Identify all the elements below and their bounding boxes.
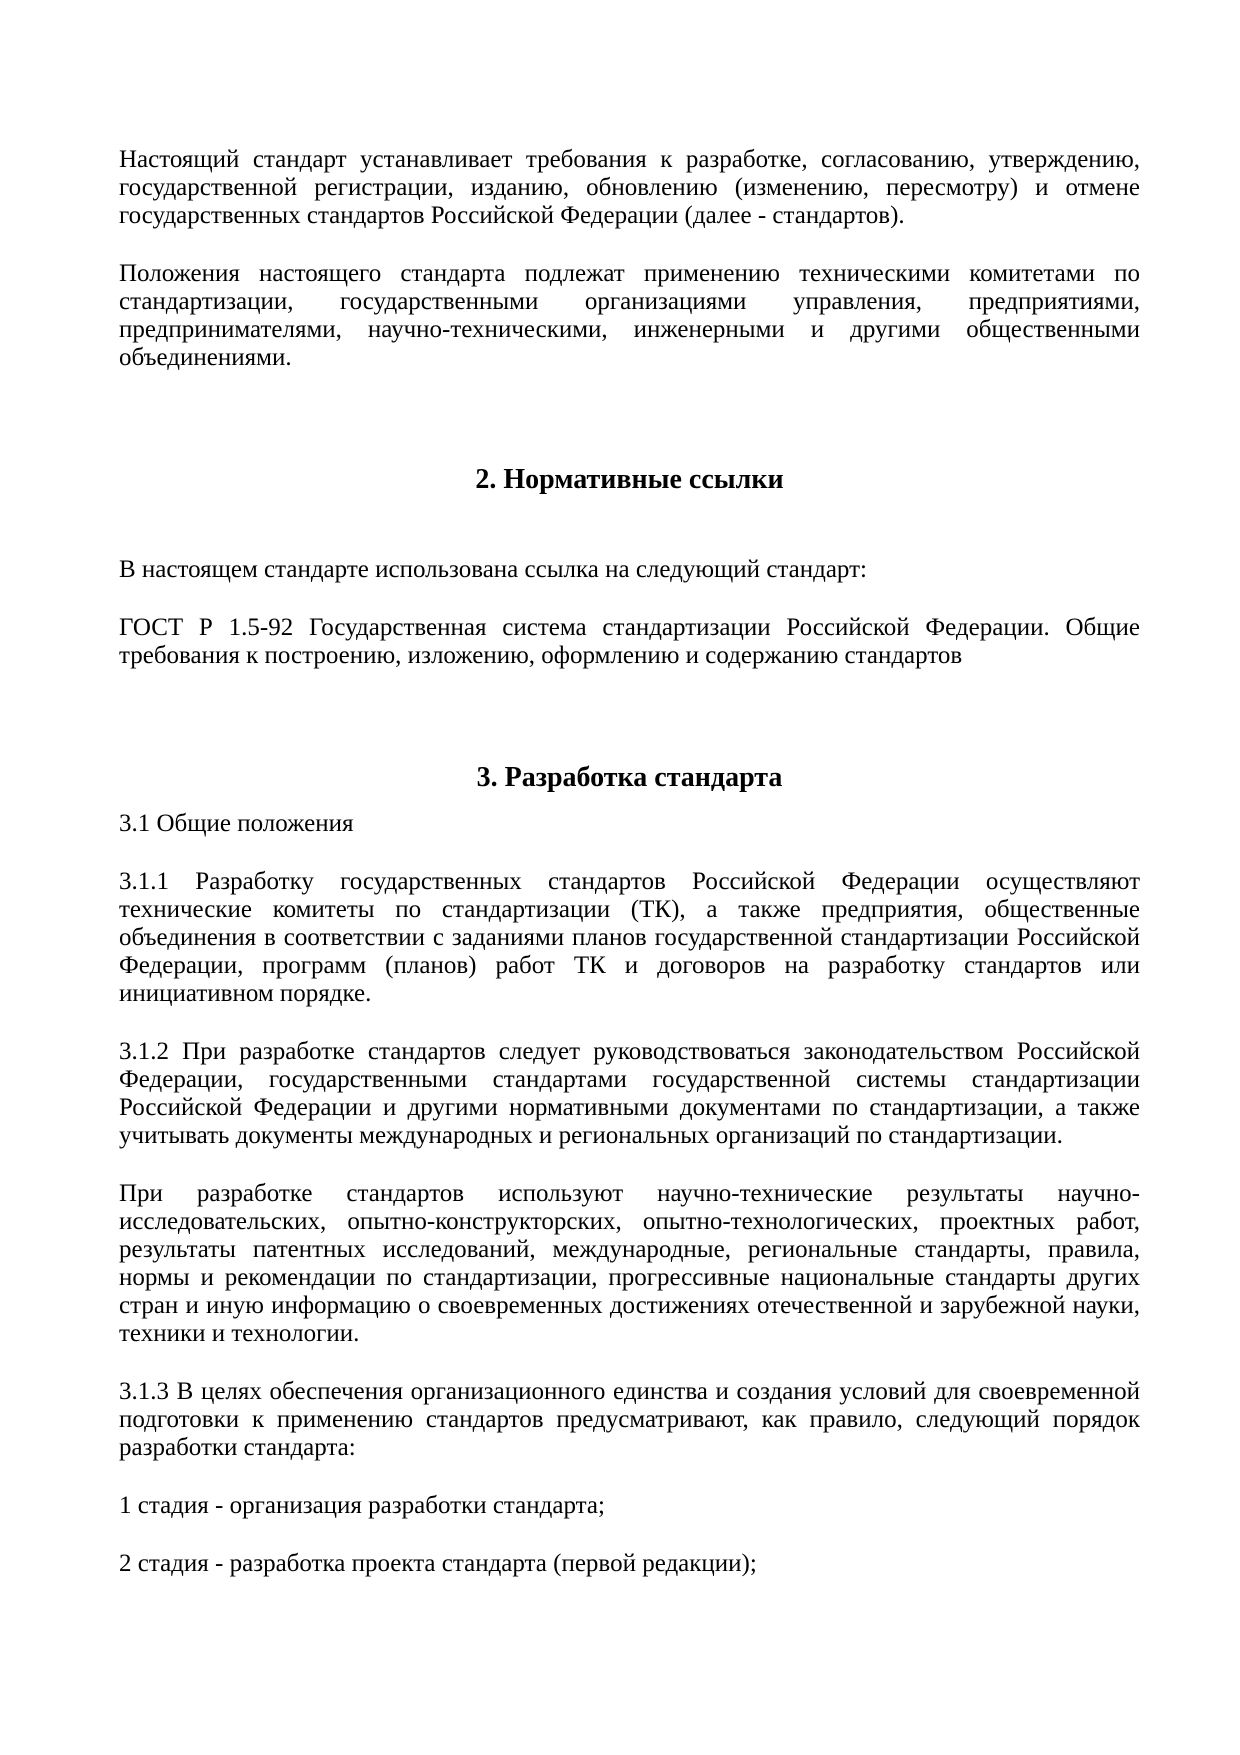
- section-heading-normative-references: 2. Нормативные ссылки: [119, 464, 1140, 496]
- paragraph-3-1-1: 3.1.1 Разработку государственных стандар…: [119, 868, 1140, 1008]
- stage-item-2: 2 стадия - разработка проекта стандарта …: [119, 1550, 1140, 1578]
- paragraph-intro-scope: Настоящий стандарт устанавливает требова…: [119, 146, 1140, 230]
- subsection-heading-general-provisions: 3.1 Общие положения: [119, 810, 1140, 838]
- paragraph-intro-application: Положения настоящего стандарта подлежат …: [119, 260, 1140, 372]
- stage-item-1: 1 стадия - организация разработки станда…: [119, 1492, 1140, 1520]
- paragraph-reference-intro: В настоящем стандарте использована ссылк…: [119, 556, 1140, 584]
- section-heading-standard-development: 3. Разработка стандарта: [119, 762, 1140, 794]
- paragraph-development-sources: При разработке стандартов используют нау…: [119, 1180, 1140, 1348]
- paragraph-gost-reference: ГОСТ Р 1.5-92 Государственная система ст…: [119, 614, 1140, 670]
- paragraph-3-1-3: 3.1.3 В целях обеспечения организационно…: [119, 1378, 1140, 1462]
- document-content: Настоящий стандарт устанавливает требова…: [0, 0, 1240, 1578]
- document-page: Настоящий стандарт устанавливает требова…: [0, 0, 1240, 1755]
- paragraph-3-1-2: 3.1.2 При разработке стандартов следует …: [119, 1038, 1140, 1150]
